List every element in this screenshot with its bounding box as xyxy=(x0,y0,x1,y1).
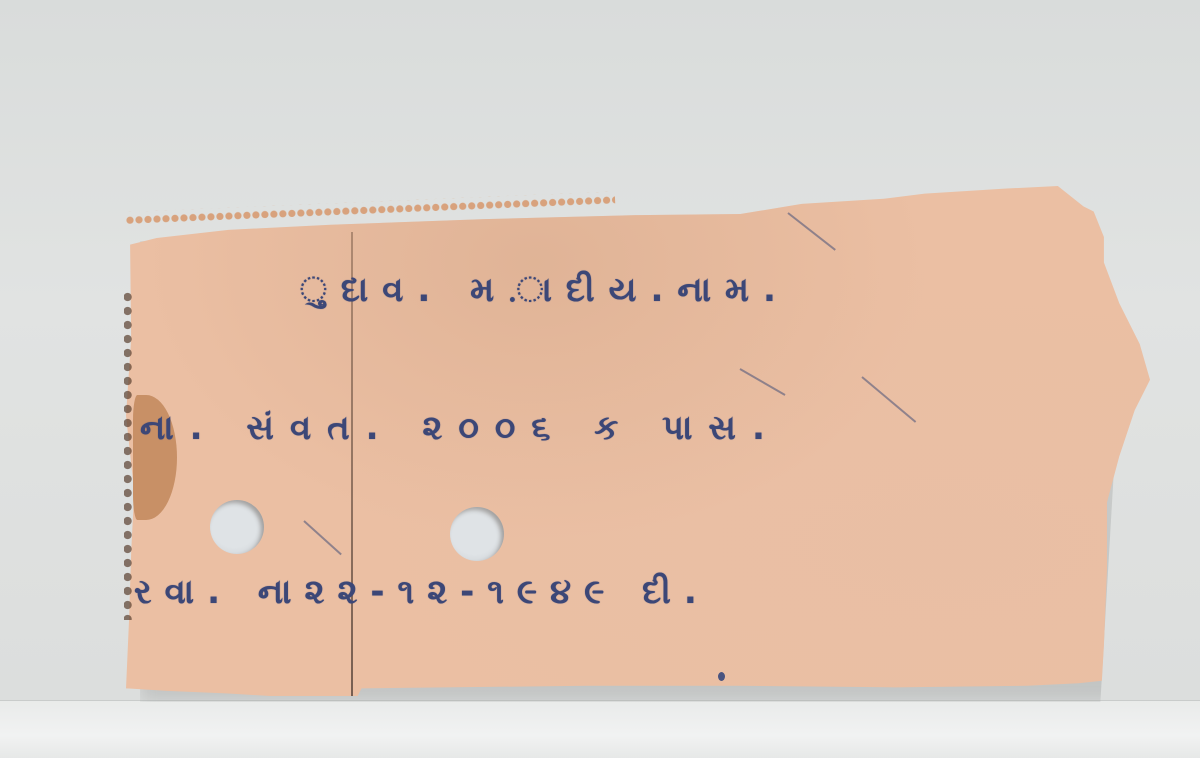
punched-hole xyxy=(210,500,264,554)
handwriting-line-2: ના. સંવત. ૨૦૦૬ ક પાસ. xyxy=(140,408,781,448)
handwriting-line-3: રવા. ના૨૨-૧૨-૧૯૪૯ દી. xyxy=(134,572,710,612)
handwriting-line-1: ુદાવ. મ.ાદીય.નામ. xyxy=(300,270,790,310)
ink-dot xyxy=(718,672,725,681)
background-ledge xyxy=(0,700,1200,758)
punched-hole xyxy=(450,507,504,561)
